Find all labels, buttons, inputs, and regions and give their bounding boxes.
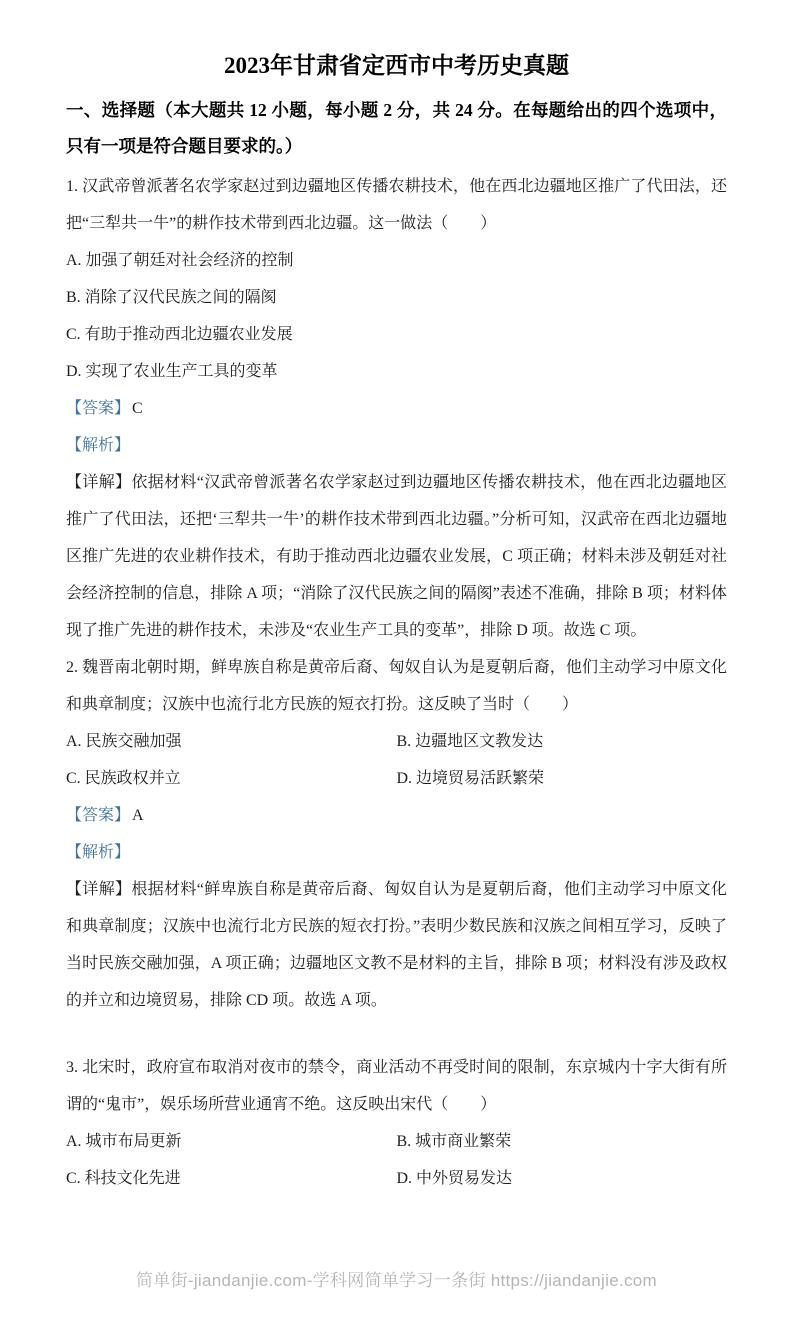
footer-watermark: 简单街-jiandanjie.com-学科网简单学习一条街 https://ji… bbox=[0, 1266, 793, 1291]
question-stem: 1. 汉武帝曾派著名农学家赵过到边疆地区传播农耕技术，他在西北边疆地区推广了代田… bbox=[66, 168, 727, 242]
question-block-3: 3. 北宋时，政府宣布取消对夜市的禁令，商业活动不再受时间的限制，东京城内十字大… bbox=[66, 1049, 727, 1197]
option-c: C. 有助于推动西北边疆农业发展 bbox=[66, 316, 727, 353]
detail-label: 【详解】 bbox=[66, 881, 131, 898]
answer-value: C bbox=[130, 400, 143, 417]
option-c: C. 科技文化先进 bbox=[66, 1160, 397, 1197]
option-d: D. 实现了农业生产工具的变革 bbox=[66, 353, 727, 390]
question-block-2: 2. 魏晋南北朝时期，鲜卑族自称是黄帝后裔、匈奴自认为是夏朝后裔，他们主动学习中… bbox=[66, 649, 727, 1019]
option-b: B. 消除了汉代民族之间的隔阂 bbox=[66, 279, 727, 316]
detail-text: 依据材料“汉武帝曾派著名农学家赵过到边疆地区传播农耕技术，他在西北边疆地区推广了… bbox=[66, 474, 727, 639]
detail-text: 根据材料“鲜卑族自称是黄帝后裔、匈奴自认为是夏朝后裔，他们主动学习中原文化和典章… bbox=[66, 881, 727, 1009]
options-list: A. 城市布局更新 B. 城市商业繁荣 C. 科技文化先进 D. 中外贸易发达 bbox=[66, 1123, 727, 1197]
question-stem: 2. 魏晋南北朝时期，鲜卑族自称是黄帝后裔、匈奴自认为是夏朝后裔，他们主动学习中… bbox=[66, 649, 727, 723]
option-d: D. 边境贸易活跃繁荣 bbox=[397, 760, 728, 797]
analysis-line: 【解析】 bbox=[66, 427, 727, 464]
analysis-line: 【解析】 bbox=[66, 834, 727, 871]
document-page: 2023年甘肃省定西市中考历史真题 一、选择题（本大题共 12 小题，每小题 2… bbox=[0, 0, 793, 1317]
option-a: A. 城市布局更新 bbox=[66, 1123, 397, 1160]
detail-paragraph: 【详解】依据材料“汉武帝曾派著名农学家赵过到边疆地区传播农耕技术，他在西北边疆地… bbox=[66, 464, 727, 649]
detail-label: 【详解】 bbox=[66, 474, 131, 491]
answer-label: 【答案】 bbox=[66, 807, 130, 824]
option-b: B. 城市商业繁荣 bbox=[397, 1123, 728, 1160]
answer-value: A bbox=[130, 807, 144, 824]
section-heading: 一、选择题（本大题共 12 小题，每小题 2 分，共 24 分。在每题给出的四个… bbox=[66, 92, 727, 164]
answer-line: 【答案】A bbox=[66, 797, 727, 834]
analysis-label: 【解析】 bbox=[66, 437, 130, 454]
page-title: 2023年甘肃省定西市中考历史真题 bbox=[66, 50, 727, 82]
option-a: A. 加强了朝廷对社会经济的控制 bbox=[66, 242, 727, 279]
options-list: A. 加强了朝廷对社会经济的控制 B. 消除了汉代民族之间的隔阂 C. 有助于推… bbox=[66, 242, 727, 390]
question-block-1: 1. 汉武帝曾派著名农学家赵过到边疆地区传播农耕技术，他在西北边疆地区推广了代田… bbox=[66, 168, 727, 649]
option-b: B. 边疆地区文教发达 bbox=[397, 723, 728, 760]
option-c: C. 民族政权并立 bbox=[66, 760, 397, 797]
answer-line: 【答案】C bbox=[66, 390, 727, 427]
option-d: D. 中外贸易发达 bbox=[397, 1160, 728, 1197]
answer-label: 【答案】 bbox=[66, 400, 130, 417]
detail-paragraph: 【详解】根据材料“鲜卑族自称是黄帝后裔、匈奴自认为是夏朝后裔，他们主动学习中原文… bbox=[66, 871, 727, 1019]
options-list: A. 民族交融加强 B. 边疆地区文教发达 C. 民族政权并立 D. 边境贸易活… bbox=[66, 723, 727, 797]
question-stem: 3. 北宋时，政府宣布取消对夜市的禁令，商业活动不再受时间的限制，东京城内十字大… bbox=[66, 1049, 727, 1123]
option-a: A. 民族交融加强 bbox=[66, 723, 397, 760]
analysis-label: 【解析】 bbox=[66, 844, 130, 861]
